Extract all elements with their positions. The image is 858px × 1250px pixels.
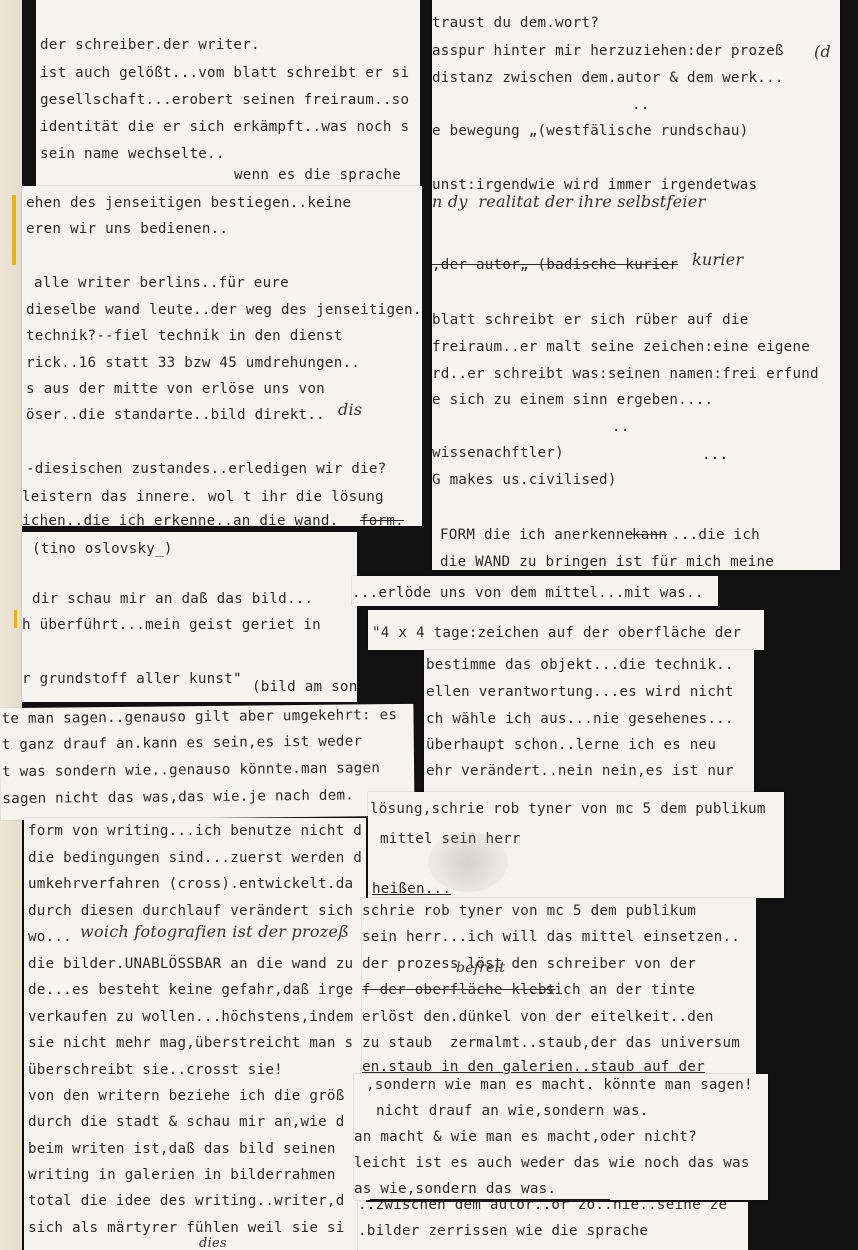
text-line: gesellschaft...erobert seinen freiraum..…: [40, 91, 409, 109]
text-line: verkaufen zu wollen...höchstens,indem: [28, 1008, 353, 1026]
text-line: ...: [702, 446, 728, 464]
text-line: leicht ist es auch weder das wie noch da…: [354, 1154, 750, 1172]
text-line: von den writern beziehe ich die größ: [28, 1087, 345, 1105]
text-line: öser..die standarte..bild direkt..: [26, 406, 325, 424]
text-line: dir schau mir an daß das bild...: [32, 590, 313, 608]
fragment-top-right: traust du dem.wort? asspur hinter mir he…: [432, 0, 840, 570]
text-line: technik?--fiel technik in den dienst: [26, 327, 343, 345]
text-line: überschreibt sie..crosst sie!: [28, 1061, 283, 1079]
text-line: eren wir uns bedienen..: [26, 220, 228, 238]
text-line: total die idee des writing..writer,d: [28, 1192, 345, 1210]
fragment-top-left: der schreiber.der writer. ist auch gelöß…: [36, 0, 420, 195]
text-line: sie nicht mehr mag,überstreicht man s: [28, 1034, 353, 1052]
text-line: r grundstoff aller kunst": [22, 670, 242, 688]
yellow-paint-mark: [14, 610, 17, 628]
text-line: sich als märtyrer fühlen weil sie si: [28, 1219, 345, 1237]
torn-edge-shadow: [370, 1199, 610, 1202]
handwritten-note: dies: [199, 1236, 227, 1250]
text-line: alle writer berlins..für eure: [34, 274, 289, 292]
handwritten-note: kurier: [692, 250, 743, 269]
text-line: freiraum..er malt seine zeichen:eine eig…: [432, 338, 810, 356]
text-line: erlöst den.dünkel von der eitelkeit..den: [362, 1008, 714, 1026]
text-line: ...die ich: [672, 526, 760, 544]
text-line: rd..er schreibt was:seinen namen:frei er…: [432, 365, 819, 383]
text-line: durch diesen durchlauf verändert sich: [28, 902, 353, 920]
text-line: ..sich an der tinte: [528, 981, 695, 999]
fragment-bottom-left: form von writing...ich benutze nicht d d…: [24, 818, 366, 1250]
fragment-loesung: lösung,schrie rob tyner von mc 5 dem pub…: [368, 792, 784, 898]
fragment-4x4-tage: "4 x 4 tage:zeichen auf der oberfläche d…: [368, 610, 764, 650]
text-line: sein name wechselte..: [40, 145, 225, 163]
text-line: ,sondern wie man es macht. könnte man sa…: [366, 1076, 753, 1094]
text-line: wissenachftler): [432, 444, 564, 462]
text-line: lösung,schrie rob tyner von mc 5 dem pub…: [370, 800, 766, 818]
background-paper-edge: [0, 0, 22, 1250]
text-line: f der oberfläche klebt: [362, 981, 555, 999]
text-line: ellen verantwortung...es wird nicht: [426, 683, 734, 701]
yellow-paint-mark: [12, 195, 16, 265]
fragment-objekt: bestimme das objekt...die technik.. elle…: [424, 650, 754, 794]
text-line: rick..16 statt 33 bzw 45 umdrehungen..: [26, 354, 360, 372]
text-line: e sich zu einem sinn ergeben....: [432, 391, 713, 409]
text-line: beim writen ist,daß das bild seinen: [28, 1140, 336, 1158]
text-line: h überführt...mein geist geriet in: [22, 616, 321, 634]
fragment-bottom-right: ..zwischen dem autor..or zo..nie..seine …: [358, 1202, 748, 1250]
handwritten-note: befreit: [456, 960, 505, 976]
text-line: ist auch gelößt...vom blatt schreibt er …: [40, 64, 409, 82]
text-line: ch wähle ich aus...nie gesehenes...: [426, 710, 734, 728]
text-line: kann: [632, 526, 667, 544]
fragment-erloede: ...erlöde uns von dem mittel...mit was..: [352, 576, 718, 606]
text-line: (tino oslovsky_): [32, 540, 173, 558]
text-line: (bild am son: [252, 678, 357, 696]
text-line: -diesischen zustandes..erledigen wir die…: [26, 460, 386, 478]
handwritten-note: n dy realitat der ihre selbstfeier: [432, 192, 705, 211]
text-line: writing in galerien in bilderrahmen: [28, 1166, 336, 1184]
text-line: e bewegung „(westfälische rundschau): [432, 122, 749, 140]
fragment-genauso: te man sagen..genauso gilt aber umgekehr…: [0, 704, 415, 820]
text-line: die WAND zu bringen ist für mich meine: [440, 553, 774, 570]
text-line: form von writing...ich benutze nicht d: [28, 822, 362, 840]
text-line: t ganz drauf an.kann es sein,es ist wede…: [2, 732, 363, 754]
text-line: sagen nicht das was,das wie.je nach dem.: [2, 786, 354, 808]
text-line: der prozess löst den schreiber von der: [362, 955, 696, 973]
text-line: dieselbe wand leute..der weg des jenseit…: [26, 301, 422, 319]
handwritten-note: woich fotografien ist der prozeß: [80, 922, 349, 941]
text-line: identität die er sich erkämpft..was noch…: [40, 118, 409, 136]
text-line: wol t ihr die lösung: [208, 488, 384, 506]
text-line: ...erlöde uns von dem mittel...mit was..: [352, 584, 704, 602]
text-line: die bedingungen sind...zuerst werden d: [28, 849, 362, 867]
text-line: G makes us.civilised): [432, 471, 617, 489]
text-line: schrie rob tyner von mc 5 dem publikum: [362, 902, 696, 920]
handwritten-note: (d: [814, 42, 831, 61]
text-line: nicht drauf an wie,sondern was.: [376, 1102, 649, 1120]
fragment-middle-left: ehen des jenseitigen bestiegen..keine er…: [22, 186, 422, 526]
text-line: zu staub zermalmt..staub,der das univers…: [362, 1034, 740, 1052]
text-line: as wie,sondern das was.: [354, 1180, 556, 1198]
text-line: FORM die ich anerkenne: [440, 526, 633, 544]
text-line: der schreiber.der writer.: [40, 36, 260, 54]
fragment-rob-tyner: schrie rob tyner von mc 5 dem publikum s…: [362, 898, 756, 1074]
text-line: ehen des jenseitigen bestiegen..keine: [26, 194, 351, 212]
text-line: ..zwischen dem autor..or zo..nie..seine …: [358, 1202, 727, 1214]
fragment-tino-oslovsky: (tino oslovsky_) dir schau mir an daß da…: [22, 532, 357, 702]
text-line: de...es besteht keine gefahr,daß irge: [28, 981, 353, 999]
text-line: ichen..die ich erkenne..an die wand.: [22, 512, 339, 526]
text-line: blatt schreibt er sich rüber auf die: [432, 311, 749, 329]
text-line: durch die stadt & schau mir an,wie d: [28, 1113, 345, 1131]
text-line: te man sagen..genauso gilt aber umgekehr…: [1, 706, 397, 728]
handwritten-note: dis: [338, 400, 362, 419]
smudge: [428, 832, 508, 892]
text-line: sein herr...ich will das mittel einsetze…: [362, 928, 740, 946]
text-line: distanz zwischen dem.autor & dem werk...: [432, 69, 784, 87]
text-line: ehr verändert..nein nein,es ist nur: [426, 762, 734, 780]
text-line: wenn es die sprache: [234, 166, 401, 184]
text-line: an macht & wie man es macht,oder nicht?: [354, 1128, 697, 1146]
fragment-sondern: ,sondern wie man es macht. könnte man sa…: [354, 1074, 768, 1200]
text-line: .bilder zerrissen wie die sprache: [358, 1222, 648, 1240]
text-line: bestimme das objekt...die technik..: [426, 656, 734, 674]
text-line: s aus der mitte von erlöse uns von: [26, 380, 325, 398]
text-line: ..: [632, 96, 650, 114]
text-line: überhaupt schon..lerne ich es neu: [426, 736, 716, 754]
text-line: asspur hinter mir herzuziehen:der prozeß: [432, 42, 784, 60]
text-line: traust du dem.wort?: [432, 14, 599, 32]
text-line: die bilder.UNABLÖSSBAR an die wand zu: [28, 955, 353, 973]
text-line: ..: [612, 418, 630, 436]
text-line: umkehrverfahren (cross).entwickelt.da: [28, 875, 353, 893]
text-line: ,der autor„ (badische kurier: [432, 256, 678, 274]
text-line: "4 x 4 tage:zeichen auf der oberfläche d…: [372, 624, 741, 642]
text-line: leistern das innere.: [22, 488, 198, 506]
text-line: t was sondern wie..genauso könnte.man sa…: [2, 759, 380, 781]
text-line: form.: [360, 512, 404, 526]
text-line: wo...: [28, 928, 72, 946]
text-line: en.staub in den galerien..staub auf der: [362, 1058, 705, 1074]
